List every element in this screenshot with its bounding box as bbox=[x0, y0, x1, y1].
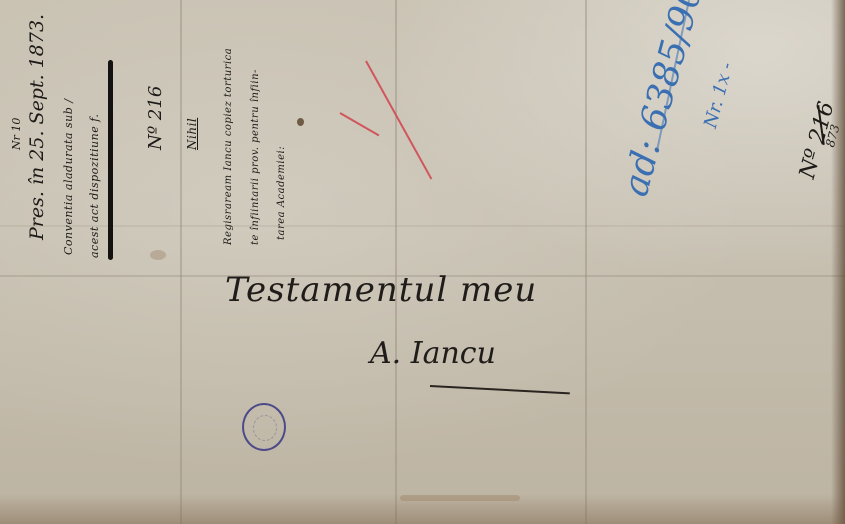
paper-edge-shadow bbox=[831, 0, 845, 524]
annotation-line: Regisraream Iancu copiez torturica bbox=[223, 48, 234, 245]
red-pencil-mark bbox=[340, 112, 380, 136]
stamp-inner-ring bbox=[253, 415, 277, 441]
fold-line bbox=[180, 0, 182, 524]
circular-stamp bbox=[242, 403, 286, 451]
stain bbox=[150, 250, 166, 260]
fold-line bbox=[395, 0, 397, 524]
blue-archive-note: Nr. 1x - bbox=[700, 60, 738, 130]
ink-stain bbox=[297, 118, 304, 126]
document-photo: Pres. în 25. Sept. 1873. Nr 10 Conventia… bbox=[0, 0, 845, 524]
registry-superscript: Nr 10 bbox=[10, 118, 23, 150]
paper-edge-shadow bbox=[0, 494, 845, 524]
signature: A. Iancu bbox=[370, 336, 496, 371]
annotation-line: acest act dispozitiune f. bbox=[88, 114, 101, 258]
annotation-line: tarea Academiei: bbox=[276, 146, 287, 240]
nihil-label: Nihil bbox=[185, 118, 199, 150]
presentation-date: Pres. în 25. Sept. 1873. bbox=[26, 14, 48, 240]
annotation-line: te înfiintarii prov. pentru înfiin- bbox=[250, 69, 261, 245]
signature-underline bbox=[430, 385, 570, 394]
annotation-line: Conventia aladurata sub / bbox=[62, 99, 75, 255]
document-title: Testamentul meu bbox=[225, 270, 537, 310]
fold-line bbox=[0, 225, 845, 227]
registry-number: Nº 216 bbox=[145, 86, 166, 150]
fold-line bbox=[585, 0, 587, 524]
strikethrough bbox=[108, 60, 113, 260]
red-pencil-mark bbox=[365, 61, 432, 180]
